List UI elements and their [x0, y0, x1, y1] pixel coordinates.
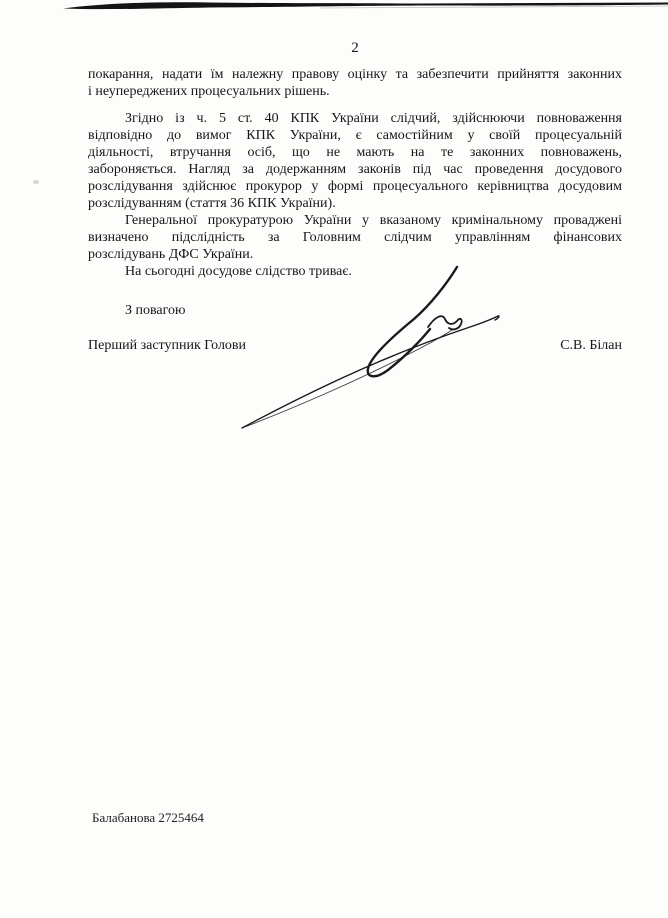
- signer-name: С.В. Білан: [560, 338, 622, 354]
- scan-artifact-top-streak: [0, 0, 668, 16]
- body-line: і неупереджених процесуальних рішень.: [88, 83, 622, 100]
- scanned-letter-page: 2 покарання, надати їм належну правову о…: [0, 0, 668, 918]
- paragraph-kpk-article-40: Згідно із ч. 5 ст. 40 КПК України слідчи…: [88, 110, 622, 212]
- paragraph-continuation: покарання, надати їм належну правову оці…: [88, 66, 622, 100]
- body-line: Генеральної прокуратурою України у вказа…: [88, 212, 622, 229]
- body-line: відповідно до вимог КПК України, є самос…: [88, 127, 622, 144]
- body-line: розслідуванням (стаття 36 КПК України).: [88, 195, 622, 212]
- footer-reference: Балабанова 2725464: [92, 810, 204, 826]
- page-number: 2: [88, 40, 622, 57]
- body-line: визначено підслідність за Головним слідч…: [88, 229, 622, 246]
- scan-smudge-left-edge: [33, 180, 39, 184]
- closing-salutation: З повагою: [125, 303, 186, 319]
- handwritten-signature: [230, 245, 510, 435]
- body-line: забороняється. Нагляд за додержанням зак…: [88, 161, 622, 178]
- signer-title: Перший заступник Голови: [88, 338, 246, 354]
- body-line: покарання, надати їм належну правову оці…: [88, 66, 622, 83]
- body-line: Згідно із ч. 5 ст. 40 КПК України слідчи…: [88, 110, 622, 127]
- body-line: діяльності, втручання осіб, що не мають …: [88, 144, 622, 161]
- body-line: розслідування здійснює прокурор у формі …: [88, 178, 622, 195]
